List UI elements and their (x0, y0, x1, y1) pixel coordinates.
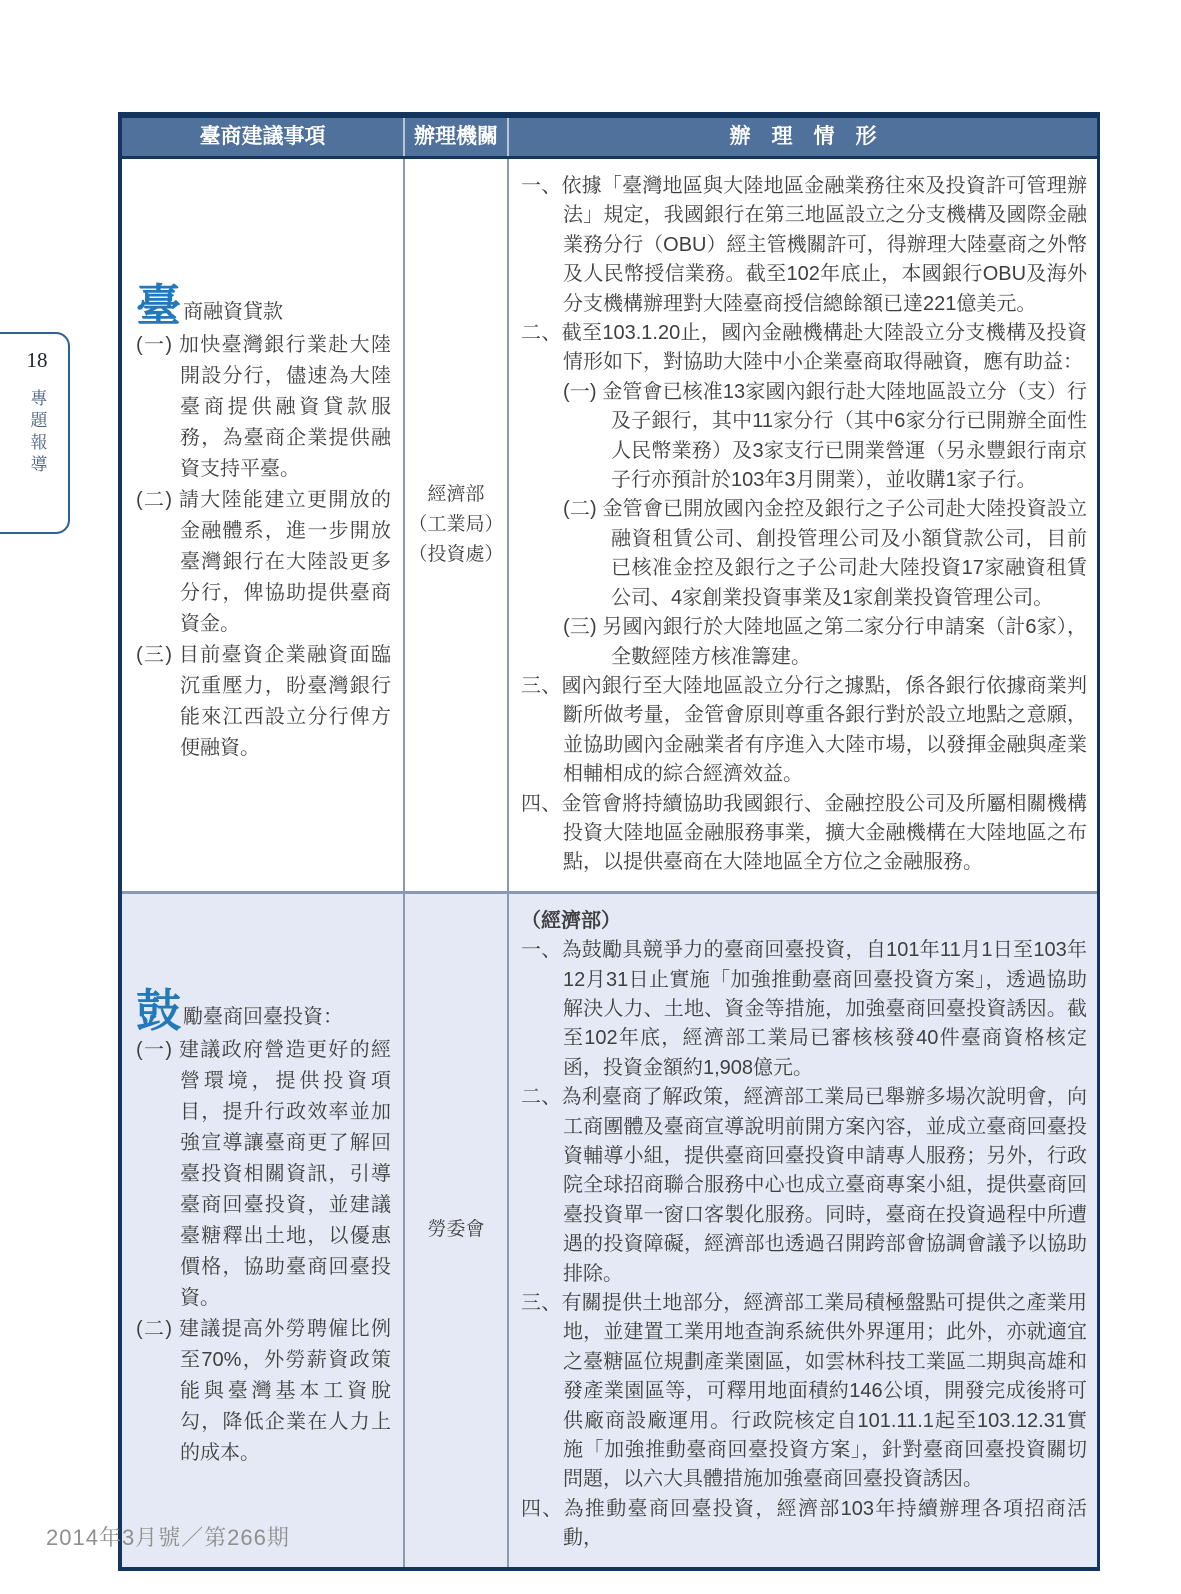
status-item: 二、截至103.1.20止，國內金融機構赴大陸設立分支機構及投資情形如下，對協助… (521, 319, 1087, 378)
status-heading: （經濟部） (521, 907, 1087, 936)
agency-cell: 經濟部 （工業局） （投資處） (405, 159, 509, 891)
page-tab: 18 專題報導 (0, 332, 70, 534)
section-label: 專題報導 (25, 389, 50, 477)
suggestion-title-rest: 勵臺商回臺投資： (183, 1004, 343, 1031)
suggestion-cell: 臺 商融資貸款 (一) 加快臺灣銀行業赴大陸開設分行，儘速為大陸臺商提供融資貸款… (122, 159, 405, 891)
report-table: 臺商建議事項 辦理機關 辦 理 情 形 臺 商融資貸款 (一) 加快臺灣銀行業赴… (118, 112, 1100, 1571)
suggestion-item: (三) 目前臺資企業融資面臨沉重壓力，盼臺灣銀行能來江西設立分行俾方便融資。 (136, 640, 391, 764)
agency-line: 勞委會 (427, 1215, 484, 1245)
table-header-row: 臺商建議事項 辦理機關 辦 理 情 形 (122, 112, 1097, 159)
suggestion-item: (二) 請大陸能建立更開放的金融體系，進一步開放臺灣銀行在大陸設更多分行，俾協助… (136, 485, 391, 640)
footer-issue-label: 2014年3月號／第266期 (46, 1521, 290, 1552)
status-item: 三、有關提供土地部分，經濟部工業局積極盤點可提供之產業用地，並建置工業用地查詢系… (521, 1289, 1087, 1495)
header-cell-agency: 辦理機關 (405, 118, 509, 156)
header-cell-suggestion: 臺商建議事項 (122, 118, 405, 156)
agency-line: 經濟部 (427, 480, 484, 510)
agency-cell: 勞委會 (405, 894, 509, 1567)
dropcap-char: 鼓 (136, 991, 181, 1031)
suggestion-item: (二) 建議提高外勞聘僱比例至70%，外勞薪資政策能與臺灣基本工資脫勾，降低企業… (136, 1314, 391, 1469)
suggestion-item: (一) 加快臺灣銀行業赴大陸開設分行，儘速為大陸臺商提供融資貸款服務，為臺商企業… (136, 330, 391, 485)
status-cell: （經濟部） 一、為鼓勵具競爭力的臺商回臺投資，自101年11月1日至103年12… (509, 894, 1097, 1567)
dropcap-char: 臺 (136, 286, 181, 326)
status-item: 三、國內銀行至大陸地區設立分行之據點，係各銀行依據商業判斷所做考量，金管會原則尊… (521, 672, 1087, 790)
agency-line: （投資處） (408, 540, 503, 570)
status-item: 一、為鼓勵具競爭力的臺商回臺投資，自101年11月1日至103年12月31日止實… (521, 936, 1087, 1083)
status-cell: 一、依據「臺灣地區與大陸地區金融業務往來及投資許可管理辦法」規定，我國銀行在第三… (509, 159, 1097, 891)
header-cell-status: 辦 理 情 形 (509, 118, 1097, 156)
page-tab-inner: 18 專題報導 (2, 334, 72, 477)
suggestion-title: 臺 商融資貸款 (136, 286, 391, 326)
status-item: 二、為利臺商了解政策，經濟部工業局已舉辦多場次說明會，向工商團體及臺商宣導說明前… (521, 1083, 1087, 1289)
table-row: 臺 商融資貸款 (一) 加快臺灣銀行業赴大陸開設分行，儘速為大陸臺商提供融資貸款… (122, 159, 1097, 891)
suggestion-item: (一) 建議政府營造更好的經營環境，提供投資項目，提升行政效率並加強宣導讓臺商更… (136, 1035, 391, 1314)
suggestion-title-rest: 商融資貸款 (183, 299, 283, 326)
table-row: 鼓 勵臺商回臺投資： (一) 建議政府營造更好的經營環境，提供投資項目，提升行政… (122, 891, 1097, 1567)
status-item: 四、為推動臺商回臺投資，經濟部103年持續辦理各項招商活動， (521, 1495, 1087, 1554)
suggestion-title: 鼓 勵臺商回臺投資： (136, 991, 391, 1031)
status-subitem: (一) 金管會已核准13家國內銀行赴大陸地區設立分（支）行及子銀行，其中11家分… (563, 378, 1087, 496)
status-subitem: (三) 另國內銀行於大陸地區之第二家分行申請案（計6家），全數經陸方核准籌建。 (563, 613, 1087, 672)
status-subitem: (二) 金管會已開放國內金控及銀行之子公司赴大陸投資設立融資租賃公司、創投管理公… (563, 495, 1087, 613)
agency-line: （工業局） (408, 510, 503, 540)
status-item: 一、依據「臺灣地區與大陸地區金融業務往來及投資許可管理辦法」規定，我國銀行在第三… (521, 172, 1087, 319)
page-number: 18 (27, 348, 48, 373)
status-item: 四、金管會將持續協助我國銀行、金融控股公司及所屬相關機構投資大陸地區金融服務事業… (521, 790, 1087, 878)
suggestion-cell: 鼓 勵臺商回臺投資： (一) 建議政府營造更好的經營環境，提供投資項目，提升行政… (122, 894, 405, 1567)
